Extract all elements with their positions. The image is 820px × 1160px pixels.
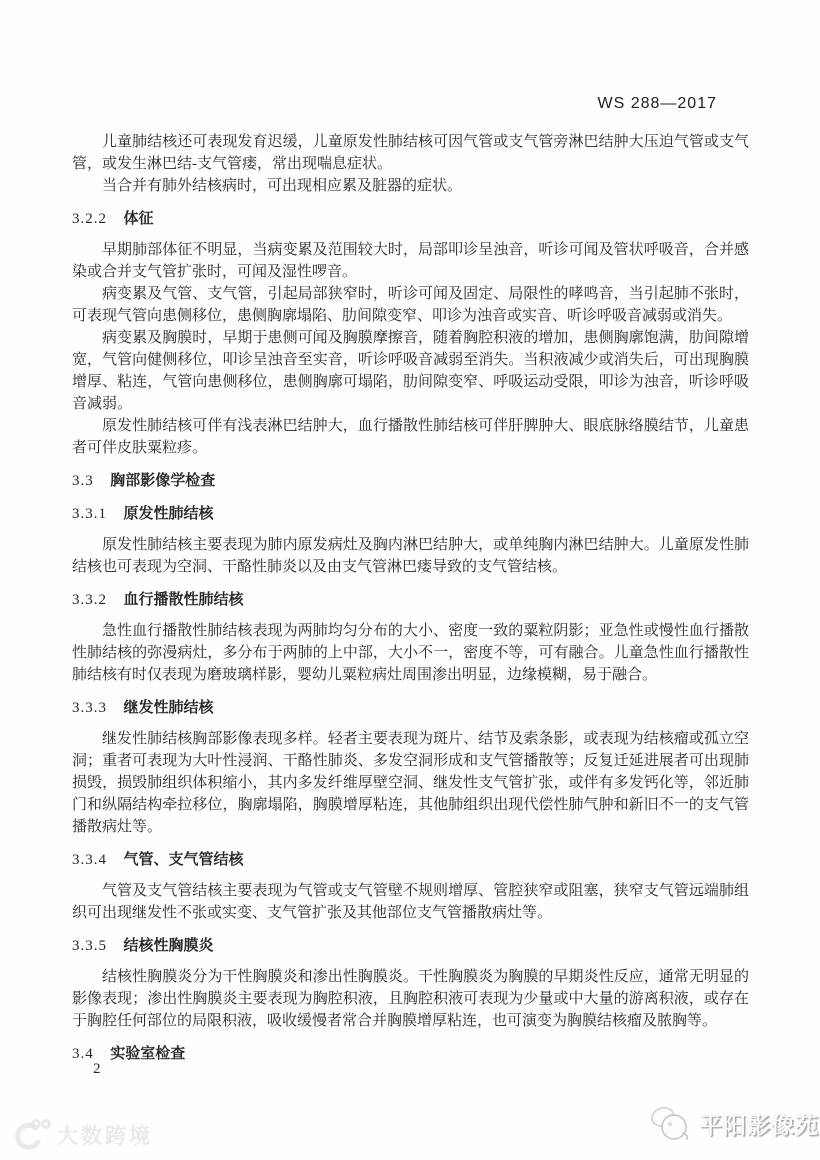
smiley-100-logo-icon: [12, 1118, 52, 1152]
section-number: 3.3.4: [72, 852, 107, 868]
paragraph: 病变累及气管、支气管，引起局部狭窄时，听诊可闻及固定、局限性的哮鸣音，当引起肺不…: [72, 283, 749, 327]
section-title: 气管、支气管结核: [124, 851, 244, 868]
document-body: 儿童肺结核还可表现发育迟缓，儿童原发性肺结核可因气管或支气管旁淋巴结肿大压迫气管…: [72, 131, 749, 1074]
section-heading: 3.3胸部影像学检查: [72, 470, 749, 492]
section-number: 3.3.3: [72, 700, 107, 716]
section-title: 胸部影像学检查: [110, 472, 215, 489]
section-heading: 3.2.2体征: [72, 208, 749, 230]
section-title: 原发性肺结核: [124, 505, 214, 522]
section-number: 3.2.2: [72, 211, 107, 227]
section-title: 结核性胸膜炎: [124, 937, 214, 954]
paragraph: 气管及支气管结核主要表现为气管或支气管壁不规则增厚、管腔狭窄或阻塞，狭窄支气管远…: [72, 880, 749, 924]
paragraph: 原发性肺结核可伴有浅表淋巴结肿大，血行播散性肺结核可伴肝脾肿大、眼底脉络膜结节，…: [72, 415, 749, 459]
section-number: 3.3.1: [72, 506, 107, 522]
section-number: 3.3.5: [72, 938, 107, 954]
watermark-bottom-right-text: 平阳影像苑: [699, 1107, 819, 1140]
paragraph: 原发性肺结核主要表现为肺内原发病灶及胸内淋巴结肿大，或单纯胸内淋巴结肿大。儿童原…: [72, 534, 749, 578]
paragraph: 早期肺部体征不明显，当病变累及范围较大时，局部叩诊呈浊音，听诊可闻及管状呼吸音，…: [72, 239, 749, 283]
paragraph: 当合并有肺外结核病时，可出现相应累及脏器的症状。: [72, 175, 749, 197]
paragraph: 继发性肺结核胸部影像表现多样。轻者主要表现为斑片、结节及索条影，或表现为结核瘤或…: [72, 728, 749, 838]
paragraph: 结核性胸膜炎分为干性胸膜炎和渗出性胸膜炎。干性胸膜炎为胸膜的早期炎性反应，通常无…: [72, 966, 749, 1032]
standard-code-header: WS 288—2017: [597, 95, 717, 113]
section-title: 体征: [124, 210, 154, 227]
document-page: WS 288—2017 儿童肺结核还可表现发育迟缓，儿童原发性肺结核可因气管或支…: [0, 0, 820, 1160]
paragraph: 儿童肺结核还可表现发育迟缓，儿童原发性肺结核可因气管或支气管旁淋巴结肿大压迫气管…: [72, 131, 749, 175]
watermark-bottom-right: 平阳影像苑: [650, 1103, 819, 1143]
section-heading: 3.3.1原发性肺结核: [72, 503, 749, 525]
section-title: 继发性肺结核: [124, 699, 214, 716]
section-heading: 3.3.4气管、支气管结核: [72, 849, 749, 871]
paragraph: 急性血行播散性肺结核表现为两肺均匀分布的大小、密度一致的粟粒阴影；亚急性或慢性血…: [72, 620, 749, 686]
section-title: 血行播散性肺结核: [124, 591, 244, 608]
section-title: 实验室检查: [110, 1045, 185, 1062]
section-number: 3.4: [72, 1046, 94, 1062]
section-heading: 3.3.3继发性肺结核: [72, 697, 749, 719]
watermark-bottom-left: 大数跨境: [12, 1118, 153, 1152]
watermark-bottom-left-text: 大数跨境: [57, 1120, 153, 1150]
section-number: 3.3: [72, 473, 94, 489]
section-heading: 3.3.5结核性胸膜炎: [72, 935, 749, 957]
section-heading: 3.3.2血行播散性肺结核: [72, 589, 749, 611]
paragraph: 病变累及胸膜时，早期于患侧可闻及胸膜摩擦音，随着胸腔积液的增加，患侧胸廓饱满，肋…: [72, 327, 749, 415]
page-number: 2: [93, 1061, 101, 1078]
section-number: 3.3.2: [72, 592, 107, 608]
section-heading: 3.4实验室检查: [72, 1043, 749, 1065]
panda-badge-logo-icon: [650, 1103, 692, 1143]
